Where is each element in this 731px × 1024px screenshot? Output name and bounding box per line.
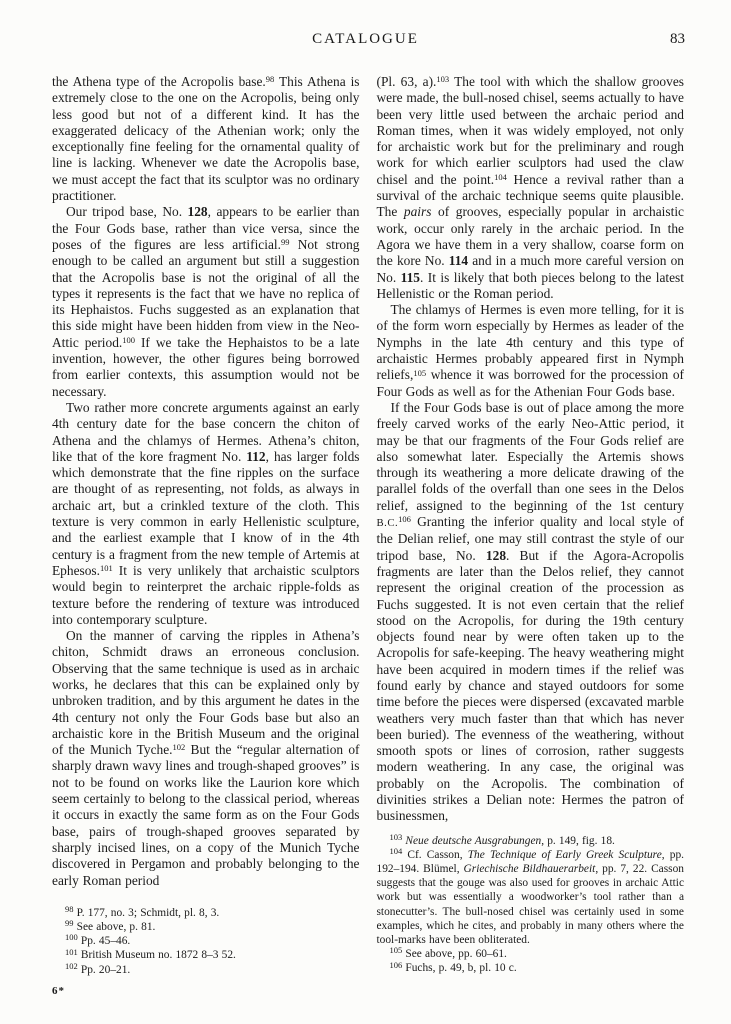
text-run: 128: [486, 548, 506, 563]
text-run: 98: [266, 74, 275, 84]
text-run: 106: [390, 960, 403, 970]
text-run: 112: [246, 449, 265, 464]
text-run: 114: [449, 253, 468, 268]
text-run: pairs: [404, 204, 432, 219]
text-run: 105: [390, 945, 403, 955]
text-run: See above, pp. 60–61.: [402, 948, 507, 960]
body-paragraph: If the Four Gods base is out of place am…: [377, 400, 685, 825]
footnote: 100 Pp. 45–46.: [52, 934, 360, 948]
footnote: 98 P. 177, no. 3; Schmidt, pl. 8, 3.: [52, 906, 360, 920]
text-run: 99: [65, 918, 74, 928]
body-paragraph: the Athena type of the Acropolis base.98…: [52, 74, 360, 204]
text-run: See above, p. 81.: [74, 921, 156, 933]
footnote: 101 British Museum no. 1872 8–3 52.: [52, 948, 360, 962]
text-run: 104: [390, 846, 403, 856]
text-run: 99: [281, 237, 290, 247]
running-head-title: CATALOGUE: [0, 31, 731, 48]
text-run: P. 177, no. 3; Schmidt, pl. 8, 3.: [74, 907, 220, 919]
text-run: , p. 149, fig. 18.: [541, 835, 615, 847]
page-number: 83: [670, 31, 685, 48]
book-page: CATALOGUE 83 the Athena type of the Acro…: [0, 0, 731, 1024]
text-run: Pp. 20–21.: [78, 964, 131, 976]
text-run: Our tripod base, No.: [66, 204, 188, 219]
body-paragraph: The chlamys of Hermes is even more telli…: [377, 302, 685, 400]
text-run: 128: [188, 204, 208, 219]
text-run: 102: [173, 742, 186, 752]
body-paragraph: Our tripod base, No. 128, appears to be …: [52, 204, 360, 400]
footnote: 104 Cf. Casson, The Technique of Early G…: [377, 848, 685, 947]
text-run: Pp. 45–46.: [78, 935, 131, 947]
text-run: 104: [494, 172, 507, 182]
text-run: 102: [65, 961, 78, 971]
text-run: Griechische Bildhauerarbeit: [464, 863, 596, 875]
text-run: 100: [65, 932, 78, 942]
text-run: 103: [390, 832, 403, 842]
right-footnotes: 103 Neue deutsche Ausgrabungen, p. 149, …: [377, 834, 685, 976]
text-columns: the Athena type of the Acropolis base.98…: [52, 74, 684, 1024]
text-run: If the Four Gods base is out of place am…: [377, 400, 685, 513]
text-run: , pp. 7, 22. Casson suggests that the go…: [377, 863, 685, 946]
text-run: 98: [65, 904, 74, 914]
text-run: 101: [100, 563, 113, 573]
left-footnotes: 98 P. 177, no. 3; Schmidt, pl. 8, 3. 99 …: [52, 906, 360, 977]
text-run: 105: [413, 368, 426, 378]
body-paragraph: (Pl. 63, a).103 The tool with which the …: [377, 74, 685, 302]
text-run: British Museum no. 1872 8–3 52.: [78, 949, 236, 961]
text-run: . It is likely that both pieces belong t…: [377, 270, 685, 301]
footnote: 103 Neue deutsche Ausgrabungen, p. 149, …: [377, 834, 685, 848]
text-run: But the “regular alternation of sharply …: [52, 742, 360, 887]
text-run: 115: [401, 270, 420, 285]
text-run: the Athena type of the Acropolis base.: [52, 74, 266, 89]
text-run: , has larger folds which demonstrate tha…: [52, 449, 360, 578]
text-run: Not strong enough to be called an argume…: [52, 237, 360, 350]
text-run: (Pl. 63, a).: [377, 74, 437, 89]
text-run: . But if the Agora-Acropolis fragments a…: [377, 548, 685, 824]
footnote: 106 Fuchs, p. 49, b, pl. 10 c.: [377, 961, 685, 975]
text-run: Cf. Casson,: [402, 849, 467, 861]
text-run: 106: [398, 514, 411, 524]
right-column: (Pl. 63, a).103 The tool with which the …: [377, 74, 685, 1024]
text-run: 101: [65, 947, 78, 957]
text-run: 103: [436, 74, 449, 84]
text-run: On the manner of carving the ripples in …: [52, 628, 360, 757]
text-run: Neue deutsche Ausgrabungen: [405, 835, 541, 847]
footnote: 105 See above, pp. 60–61.: [377, 947, 685, 961]
text-run: The tool with which the shallow grooves …: [377, 74, 685, 187]
text-run: This Athena is extremely close to the on…: [52, 74, 360, 203]
body-paragraph: On the manner of carving the ripples in …: [52, 628, 360, 889]
text-run: 100: [122, 335, 135, 345]
text-run: Fuchs, p. 49, b, pl. 10 c.: [402, 962, 516, 974]
footnote: 102 Pp. 20–21.: [52, 963, 360, 977]
text-run: The Technique of Early Greek Sculpture: [468, 849, 662, 861]
left-column: the Athena type of the Acropolis base.98…: [52, 74, 360, 1024]
body-paragraph: Two rather more concrete arguments again…: [52, 400, 360, 628]
signature-mark: 6*: [52, 985, 360, 997]
footnote: 99 See above, p. 81.: [52, 920, 360, 934]
text-run: B.C.: [377, 517, 399, 529]
